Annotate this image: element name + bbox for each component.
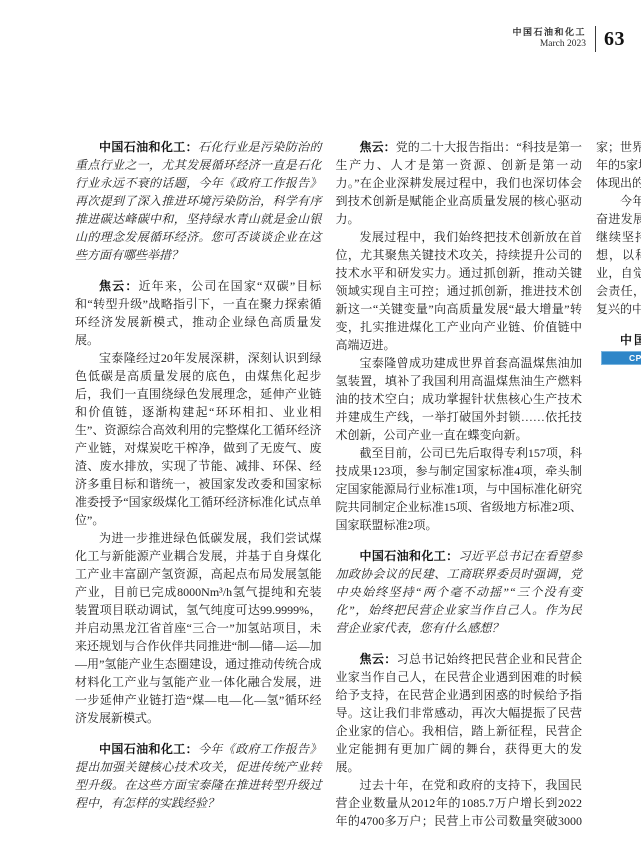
journal-block: 中国石油和化工 March 2023 [512,27,586,50]
paragraph-text: 宝泰隆曾成功建成世界首套高温煤焦油加氢装置，填补了我国利用高温煤焦油生产燃料油的… [336,356,583,442]
answer-paragraph: 焦云：习总书记始终把民营企业和民营企业家当作自己人，在民营企业遇到困难的时候给予… [336,650,583,776]
page-number: 63 [604,28,625,51]
journal-issue: March 2023 [512,39,586,51]
question-paragraph: 中国石油和化工：谢谢您接受采访。CPCI [596,331,641,367]
speaker-label: 焦云： [360,140,396,154]
page-header: 中国石油和化工 March 2023 63 [512,26,625,52]
paragraph-text: 发展过程中，我们始终把技术创新放在首位，尤其聚焦关键技术攻关，持续提升公司的技术… [336,230,583,352]
answer-paragraph: 发展过程中，我们始终把技术创新放在首位，尤其聚焦关键技术攻关，持续提升公司的技术… [336,228,583,354]
answer-paragraph: 今年两会传递出的信息，让我们民营企业奋进发展的信心更足了。迈入新时代，我们将继续… [596,192,641,318]
speaker-label: 中国石油和化工： [360,549,459,563]
answer-paragraph: 为进一步推进绿色低碳发展，我们尝试煤化工与新能源产业耦合发展，并基于自身煤化工产… [75,529,322,727]
speaker-label: 焦云： [99,279,139,293]
answer-paragraph: 宝泰隆曾成功建成世界首套高温煤焦油加氢装置，填补了我国利用高温煤焦油生产燃料油的… [336,354,583,444]
paragraph-text: 今年两会传递出的信息，让我们民营企业奋进发展的信心更足了。迈入新时代，我们将继续… [596,194,641,316]
question-paragraph: 中国石油和化工：习近平总书记在看望参加政协会议的民建、工商联界委员时强调，党中央… [336,547,583,637]
paragraph-text: 习总书记始终把民营企业和民营企业家当作自己人，在民营企业遇到困难的时候给予支持，… [336,652,583,774]
magazine-page: { "header": { "journal_name": "中国石油和化工",… [0,0,641,845]
speaker-label: 中国石油和化工： [99,742,198,756]
answer-paragraph: 宝泰隆经过20年发展深耕，深刻认识到绿色低碳是高质量发展的底色，由煤焦化起步后，… [75,349,322,529]
answer-paragraph: 截至目前，公司已先后取得专利157项，科技成果123项，参与制定国家标准4项，牵… [336,444,583,534]
answer-paragraph: 焦云：近年来，公司在国家“双碳”目标和“转型升级”战略指引下，一直在聚力探索循环… [75,277,322,349]
end-mark-cpci: CPCI [601,351,641,365]
speaker-label: 焦云： [360,652,397,666]
paragraph-text: 石化行业是污染防治的重点行业之一，尤其发展循环经济一直是石化行业永远不衰的话题，… [75,140,322,262]
paragraph-text: 宝泰隆经过20年发展深耕，深刻认识到绿色低碳是高质量发展的底色，由煤焦化起步后，… [75,351,322,527]
journal-name: 中国石油和化工 [512,27,586,38]
question-paragraph: 中国石油和化工：今年《政府工作报告》提出加强关键核心技术攻关，促进传统产业转型升… [75,740,322,812]
paragraph-text: 为进一步推进绿色低碳发展，我们尝试煤化工与新能源产业耦合发展，并基于自身煤化工产… [75,531,322,725]
question-paragraph: 中国石油和化工：石化行业是污染防治的重点行业之一，尤其发展循环经济一直是石化行业… [75,138,322,264]
header-divider [595,26,596,52]
speaker-label: 中国石油和化工： [99,140,198,154]
speaker-label: 中国石油和化工： [620,333,641,347]
paragraph-text: 截至目前，公司已先后取得专利157项，科技成果123项，参与制定国家标准4项，牵… [336,446,583,532]
answer-paragraph: 焦云：党的二十大报告指出：“科技是第一生产力、人才是第一资源、创新是第一动力。”… [336,138,583,228]
article-columns: 中国石油和化工：石化行业是污染防治的重点行业之一，尤其发展循环经济一直是石化行业… [75,138,582,842]
